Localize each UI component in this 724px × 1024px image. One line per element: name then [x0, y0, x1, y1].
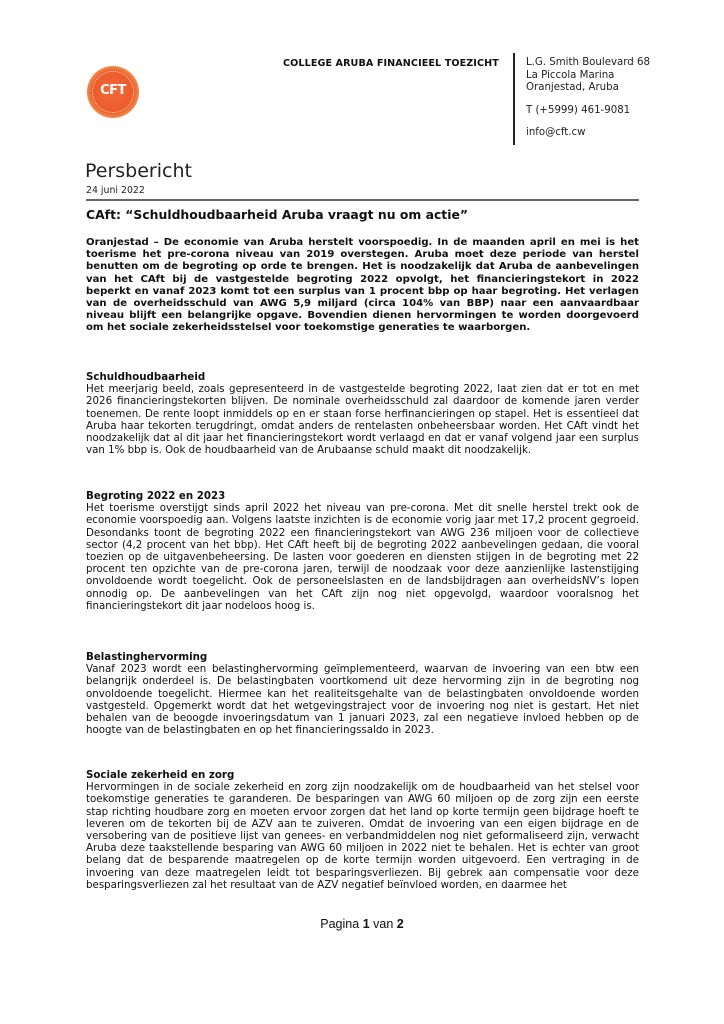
- section-heading: Begroting 2022 en 2023: [86, 490, 639, 502]
- cft-logo: CFT: [87, 66, 139, 118]
- document-type-title: Persbericht: [85, 160, 192, 182]
- title-rule: [86, 199, 639, 201]
- address-area: La Piccola Marina: [526, 70, 650, 83]
- section-schuldhoudbaarheid: Schuldhoudbaarheid Het meerjarig beeld, …: [86, 371, 639, 456]
- section-text: Het toerisme overstijgt sinds april 2022…: [86, 502, 639, 612]
- address-phone: T (+5999) 461-9081: [526, 105, 650, 118]
- organization-name: COLLEGE ARUBA FINANCIEEL TOEZICHT: [283, 58, 499, 69]
- logo-text: CFT: [87, 83, 139, 98]
- page-prefix: Pagina: [320, 917, 359, 931]
- section-sociale-zekerheid: Sociale zekerheid en zorg Hervormingen i…: [86, 769, 639, 891]
- section-text: Hervormingen in de sociale zekerheid en …: [86, 781, 639, 891]
- address-email[interactable]: info@cft.cw: [526, 127, 650, 140]
- section-belastinghervorming: Belastinghervorming Vanaf 2023 wordt een…: [86, 651, 639, 736]
- section-heading: Sociale zekerheid en zorg: [86, 769, 639, 781]
- page-number: Pagina 1 van 2: [0, 917, 724, 931]
- header-divider: [513, 53, 515, 145]
- page-separator: van: [373, 917, 393, 931]
- section-begroting: Begroting 2022 en 2023 Het toerisme over…: [86, 490, 639, 612]
- section-text: Het meerjarig beeld, zoals gepresenteerd…: [86, 383, 639, 456]
- address-block: L.G. Smith Boulevard 68 La Piccola Marin…: [526, 57, 650, 140]
- section-heading: Schuldhoudbaarheid: [86, 371, 639, 383]
- current-page: 1: [363, 917, 370, 931]
- section-heading: Belastinghervorming: [86, 651, 639, 663]
- address-city: Oranjestad, Aruba: [526, 82, 650, 95]
- total-pages: 2: [397, 917, 404, 931]
- document-date: 24 juni 2022: [86, 185, 145, 196]
- address-street: L.G. Smith Boulevard 68: [526, 57, 650, 70]
- section-text: Vanaf 2023 wordt een belastinghervorming…: [86, 663, 639, 736]
- lead-paragraph: Oranjestad – De economie van Aruba herst…: [86, 237, 639, 335]
- press-headline: CAft: “Schuldhoudbaarheid Aruba vraagt n…: [86, 207, 468, 222]
